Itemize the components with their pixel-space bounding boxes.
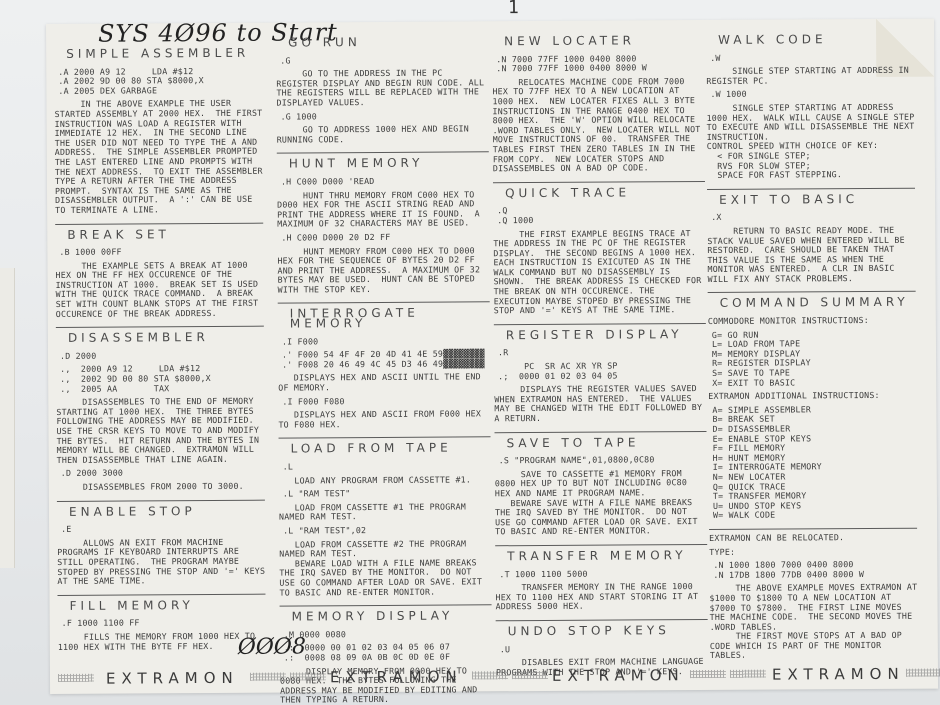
example-commands: .A 2000 A9 12 LDA #$12 .A 2002 9D 00 80 …: [58, 66, 262, 96]
divider: [55, 222, 263, 224]
example-commands: .H C000 D000 20 D2 FF: [281, 232, 489, 243]
heading-hunt-memory: HUNT MEMORY: [289, 159, 489, 170]
divider: [707, 187, 915, 189]
example-commands: .D 2000: [60, 351, 264, 362]
section-text: SAVE TO CASSETTE #1 MEMORY FROM 0800 HEX…: [495, 469, 707, 537]
divider: [278, 302, 490, 304]
heading-fill-memory: FILL MEMORY: [70, 600, 266, 611]
commodore-command-list: G= GO RUN L= LOAD FROM TAPE M= MEMORY DI…: [712, 329, 916, 388]
example-commands: .U: [500, 643, 708, 654]
example-commands: .E: [61, 524, 265, 535]
example-commands: .G: [280, 55, 488, 66]
heading-quick-trace: QUICK TRACE: [505, 188, 705, 199]
dot-pattern-icon: [472, 671, 508, 679]
section-text: RETURN TO BASIC READY MODE. THE STACK VA…: [707, 226, 915, 285]
code-listing: .: 0000 00 01 02 03 04 05 06 07 .: 0008 …: [284, 643, 492, 663]
section-text: TRANSFER MEMORY IN THE RANGE 1000 HEX TO…: [495, 582, 707, 612]
heading-new-locater: NEW LOCATER: [504, 36, 704, 47]
banner-text: EXTRAMON: [330, 667, 463, 686]
heading-register-display: REGISTER DISPLAY: [506, 330, 706, 341]
dot-pattern-icon: [290, 672, 326, 680]
heading-exit-to-basic: EXIT TO BASIC: [719, 194, 915, 205]
example-commands: .T 1000 1100 5000: [499, 569, 707, 580]
code-listing: ., 2000 A9 12 LDA #$12 ., 2002 9D 00 80 …: [60, 364, 264, 394]
example-commands: .S "PROGRAM NAME",01,0800,0C80: [499, 455, 707, 466]
dot-pattern-icon: [512, 671, 548, 679]
section-text: THE FIRST EXAMPLE BEGINS TRACE AT THE AD…: [493, 228, 706, 316]
section-text: FILLS THE MEMORY FROM 1000 HEX TO 1100 H…: [58, 632, 266, 652]
column-2: GO RUN .G GO TO THE ADDRESS IN THE PC RE…: [276, 31, 492, 705]
section-text: DISPLAYS THE REGISTER VALUES SAVED WHEN …: [494, 384, 706, 424]
divider: [495, 544, 707, 546]
example-commands: .I F000 F080: [282, 396, 490, 407]
banner-text: EXTRAMON: [772, 665, 905, 684]
example-commands: .N 1000 1800 7000 0400 8000 .N 17DB 1800…: [713, 560, 917, 580]
divider: [496, 619, 708, 621]
divider: [709, 528, 917, 530]
heading-interrogate-memory: INTERROGATE MEMORY: [290, 309, 490, 329]
code-listing: PC SR AC XR YR SP .; 0000 01 02 03 04 05: [498, 361, 706, 381]
heading-simple-assembler: SIMPLE ASSEMBLER: [66, 49, 262, 60]
example-commands: .L "RAM TEST",02: [283, 525, 491, 536]
divider: [57, 499, 265, 501]
heading-command-summary: COMMAND SUMMARY: [720, 298, 916, 309]
heading-go-run: GO RUN: [288, 37, 488, 48]
section-text: THE ABOVE EXAMPLE MOVES EXTRAMON AT $100…: [709, 583, 917, 661]
divider: [708, 291, 916, 293]
section-text: ALLOWS AN EXIT FROM MACHINE PROGRAMS IF …: [57, 537, 265, 586]
extramon-command-list: A= SIMPLE ASSEMBLER B= BREAK SET D= DISA…: [712, 405, 917, 521]
example-commands: .W 1000: [710, 89, 914, 100]
section-text: HUNT THRU MEMORY FROM C000 HEX TO D000 H…: [277, 190, 489, 230]
section-text: GO TO THE ADDRESS IN THE PC REGISTER DIS…: [276, 68, 488, 108]
column-3: NEW LOCATER .N 7000 77FF 1000 0400 8000 …: [492, 30, 708, 682]
section-text: LOAD FROM CASSETTE #2 THE PROGRAM NAMED …: [279, 539, 491, 598]
summary-subheading: COMMODORE MONITOR INSTRUCTIONS:: [708, 316, 916, 327]
divider: [280, 604, 492, 606]
dot-pattern-icon: [730, 670, 766, 678]
heading-disassembler: DISASSEMBLER: [68, 333, 264, 344]
section-text: HUNT MEMORY FROM C000 HEX TO D000 HEX FO…: [277, 246, 489, 295]
example-commands: .F 1000 1100 FF: [62, 618, 266, 629]
section-text: DISASSEMBLES TO THE END OF MEMORY STARTI…: [56, 397, 264, 465]
relocation-type-label: TYPE:: [709, 546, 917, 557]
heading-undo-stop-keys: UNDO STOP KEYS: [508, 626, 708, 637]
divider: [493, 181, 705, 183]
dot-pattern-icon: [250, 673, 286, 681]
example-commands: .W: [710, 52, 914, 63]
section-text: DISPLAYS HEX AND ASCII FROM F000 HEX TO …: [278, 410, 490, 430]
divider: [494, 431, 706, 433]
example-commands: .R: [498, 347, 706, 358]
divider: [277, 152, 489, 154]
example-commands: .I F000: [282, 336, 490, 347]
section-text: SINGLE STEP STARTING AT ADDRESS 1000 HEX…: [707, 103, 915, 181]
section-text: DISPLAYS HEX AND ASCII UNTIL THE END OF …: [278, 373, 490, 393]
section-text: RELOCATES MACHINE CODE FROM 7000 HEX TO …: [492, 77, 705, 174]
section-text: DISASSEMBLES FROM 2000 TO 3000.: [57, 482, 265, 493]
example-commands: .L: [283, 461, 491, 472]
example-commands: .N 7000 77FF 1000 0400 8000 .N 7000 77FF…: [496, 54, 704, 74]
divider: [57, 593, 265, 595]
divider: [56, 326, 264, 328]
heading-transfer-memory: TRANSFER MEMORY: [507, 551, 707, 562]
example-commands: .B 1000 00FF: [59, 247, 263, 258]
section-text: LOAD FROM CASSETTE #1 THE PROGRAM NAMED …: [279, 502, 491, 522]
relocation-note: EXTRAMON CAN BE RELOCATED.: [709, 533, 917, 544]
section-text: IN THE ABOVE EXAMPLE THE USER STARTED AS…: [54, 99, 263, 215]
dot-pattern-icon: [58, 674, 94, 682]
example-commands: .X: [711, 212, 915, 223]
section-text: SINGLE STEP STARTING AT ADDRESS IN REGIS…: [706, 66, 914, 86]
heading-save-to-tape: SAVE TO TAPE: [507, 438, 707, 449]
banner-text: EXTRAMON: [552, 666, 685, 685]
extramon-footer-banner: EXTRAMON EXTRAMON EXTRAMON EXTRAMON: [50, 665, 938, 688]
column-1: SIMPLE ASSEMBLER .A 2000 A9 12 LDA #$12 …: [54, 43, 266, 656]
top-mark: 1: [508, 0, 519, 18]
summary-subheading: EXTRAMON ADDITIONAL INSTRUCTIONS:: [708, 391, 916, 402]
example-commands: .G 1000: [281, 111, 489, 122]
heading-load-from-tape: LOAD FROM TAPE: [291, 444, 491, 455]
dot-pattern-icon: [906, 669, 940, 677]
dot-pattern-icon: [690, 670, 726, 678]
banner-text: EXTRAMON: [106, 669, 239, 688]
divider: [279, 437, 491, 439]
heading-break-set: BREAK SET: [67, 229, 263, 240]
section-text: THE EXAMPLE SETS A BREAK AT 1000 HEX ON …: [55, 260, 263, 319]
example-commands: .M 0000 0080: [284, 629, 492, 640]
section-text: GO TO ADDRESS 1000 HEX AND BEGIN RUNNING…: [277, 124, 489, 144]
printout-sheet: 1 SYS 4Ø96 to Start ØØØ8 SIMPLE ASSEMBLE…: [46, 19, 938, 694]
heading-memory-display: MEMORY DISPLAY: [292, 611, 492, 622]
section-text: LOAD ANY PROGRAM FROM CASSETTE #1.: [279, 475, 491, 486]
example-commands: .D 2000 3000: [61, 468, 265, 479]
heading-walk-code: WALK CODE: [718, 35, 914, 46]
divider: [494, 323, 706, 325]
example-commands: .H C000 D000 'READ: [281, 176, 489, 187]
heading-enable-stop: ENABLE STOP: [69, 506, 265, 517]
example-commands: .L "RAM TEST": [283, 488, 491, 499]
adjacent-paper-edge: [0, 268, 15, 568]
code-listing: .' F000 54 4F 4F 20 4D 41 4E 59▓▓▓▓▓▓▓▓ …: [282, 350, 490, 370]
example-commands: .Q .Q 1000: [497, 205, 705, 225]
column-4: WALK CODE .W SINGLE STEP STARTING AT ADD…: [706, 29, 918, 665]
